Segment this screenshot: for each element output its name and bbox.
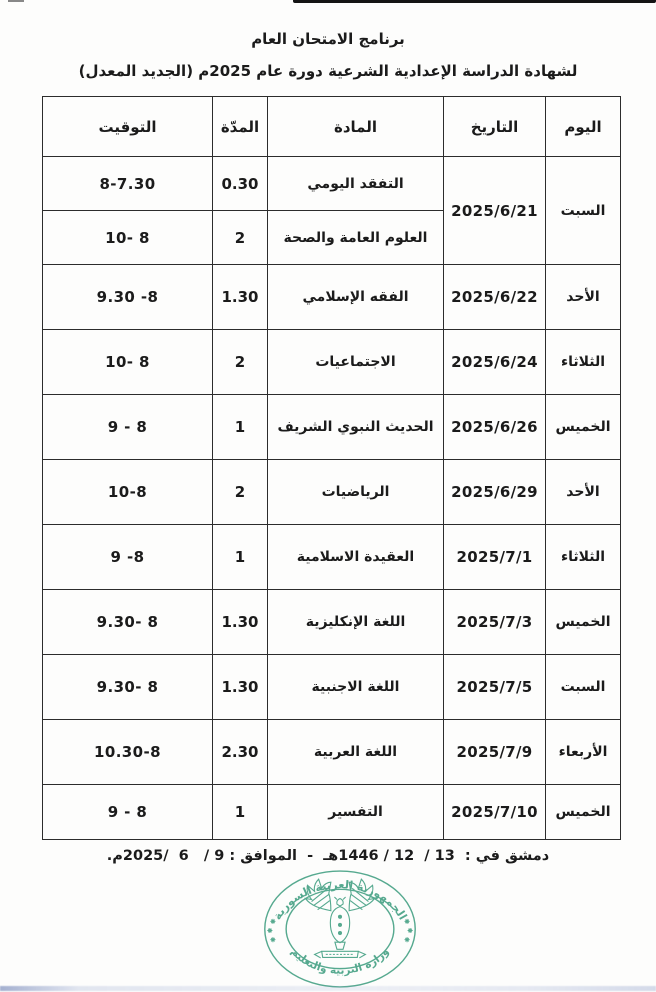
date-cell: 2025/6/26 bbox=[444, 395, 546, 460]
timing-cell: 9.30- 8 bbox=[43, 590, 213, 655]
day-cell: الخميس bbox=[546, 590, 621, 655]
date-cell: 2025/6/22 bbox=[444, 265, 546, 330]
table-row: الثلاثاء2025/7/1العقيدة الاسلامية19 -8 bbox=[43, 525, 621, 590]
day-cell: الأحد bbox=[546, 265, 621, 330]
day-cell: الأحد bbox=[546, 460, 621, 525]
timing-cell: 9.30 -8 bbox=[43, 265, 213, 330]
table-row: الخميس2025/6/26الحديث النبوي الشريف19 - … bbox=[43, 395, 621, 460]
date-cell: 2025/6/29 bbox=[444, 460, 546, 525]
table-header-row: اليوم التاريخ المادة المدّة التوقيت bbox=[43, 97, 621, 157]
timing-cell: 10-8 bbox=[43, 460, 213, 525]
scan-page-edge bbox=[0, 986, 656, 991]
duration-cell: 1.30 bbox=[213, 590, 268, 655]
day-cell: الخميس bbox=[546, 395, 621, 460]
scan-artifact-top-left bbox=[8, 0, 24, 2]
stamp-stars-right bbox=[405, 919, 413, 942]
table-row: الثلاثاء2025/6/24الاجتماعيات210- 8 bbox=[43, 330, 621, 395]
duration-cell: 2 bbox=[213, 330, 268, 395]
date-cell: 2025/6/24 bbox=[444, 330, 546, 395]
table-row: السبت2025/6/21التفقد اليومي0.308-7.30 bbox=[43, 157, 621, 211]
footer-date-line: دمشق في : 13 / 12 / 1446هـ - الموافق : 9… bbox=[0, 848, 656, 864]
subject-cell: الحديث النبوي الشريف bbox=[268, 395, 444, 460]
header-duration: المدّة bbox=[213, 97, 268, 157]
schedule-table-body: السبت2025/6/21التفقد اليومي0.308-7.30الع… bbox=[43, 157, 621, 840]
timing-cell: 9 - 8 bbox=[43, 395, 213, 460]
scan-artifact-top bbox=[293, 0, 656, 3]
timing-cell: 9 - 8 bbox=[43, 785, 213, 840]
duration-cell: 1 bbox=[213, 785, 268, 840]
duration-cell: 0.30 bbox=[213, 157, 268, 211]
date-cell: 2025/7/10 bbox=[444, 785, 546, 840]
subject-cell: العقيدة الاسلامية bbox=[268, 525, 444, 590]
date-cell: 2025/7/5 bbox=[444, 655, 546, 720]
timing-cell: 10- 8 bbox=[43, 211, 213, 265]
table-row: الخميس2025/7/3اللغة الإنكليزية1.309.30- … bbox=[43, 590, 621, 655]
stamp-stars-left bbox=[267, 919, 275, 942]
header-date: التاريخ bbox=[444, 97, 546, 157]
day-cell: السبت bbox=[546, 157, 621, 265]
subject-cell: الاجتماعيات bbox=[268, 330, 444, 395]
day-cell: السبت bbox=[546, 655, 621, 720]
table-row: الأربعاء2025/7/9اللغة العربية2.3010.30-8 bbox=[43, 720, 621, 785]
timing-cell: 9.30- 8 bbox=[43, 655, 213, 720]
duration-cell: 2 bbox=[213, 211, 268, 265]
day-cell: الأربعاء bbox=[546, 720, 621, 785]
day-cell: الثلاثاء bbox=[546, 330, 621, 395]
subject-cell: اللغة الاجنبية bbox=[268, 655, 444, 720]
document-title: برنامج الامتحان العام bbox=[0, 30, 656, 48]
duration-cell: 1 bbox=[213, 395, 268, 460]
schedule-table: اليوم التاريخ المادة المدّة التوقيت السب… bbox=[42, 96, 621, 840]
date-cell: 2025/6/21 bbox=[444, 157, 546, 265]
header-day: اليوم bbox=[546, 97, 621, 157]
table-row: الأحد2025/6/22الفقه الإسلامي1.309.30 -8 bbox=[43, 265, 621, 330]
duration-cell: 2 bbox=[213, 460, 268, 525]
date-cell: 2025/7/9 bbox=[444, 720, 546, 785]
subject-cell: العلوم العامة والصحة bbox=[268, 211, 444, 265]
subject-cell: الرياضيات bbox=[268, 460, 444, 525]
timing-cell: 9 -8 bbox=[43, 525, 213, 590]
header-subject: المادة bbox=[268, 97, 444, 157]
subject-cell: اللغة العربية bbox=[268, 720, 444, 785]
subject-cell: التفسير bbox=[268, 785, 444, 840]
day-cell: الثلاثاء bbox=[546, 525, 621, 590]
table-row: السبت2025/7/5اللغة الاجنبية1.309.30- 8 bbox=[43, 655, 621, 720]
duration-cell: 2.30 bbox=[213, 720, 268, 785]
subject-cell: التفقد اليومي bbox=[268, 157, 444, 211]
day-cell: الخميس bbox=[546, 785, 621, 840]
document-subtitle: لشهادة الدراسة الإعدادية الشرعية دورة عا… bbox=[0, 62, 656, 80]
timing-cell: 8-7.30 bbox=[43, 157, 213, 211]
duration-cell: 1 bbox=[213, 525, 268, 590]
duration-cell: 1.30 bbox=[213, 655, 268, 720]
table-row: الخميس2025/7/10التفسير19 - 8 bbox=[43, 785, 621, 840]
date-cell: 2025/7/1 bbox=[444, 525, 546, 590]
subject-cell: الفقه الإسلامي bbox=[268, 265, 444, 330]
ministry-stamp: الجمهورية العربية السورية وزارة التربية … bbox=[260, 868, 420, 992]
duration-cell: 1.30 bbox=[213, 265, 268, 330]
table-row: الأحد2025/6/29الرياضيات210-8 bbox=[43, 460, 621, 525]
header-timing: التوقيت bbox=[43, 97, 213, 157]
subject-cell: اللغة الإنكليزية bbox=[268, 590, 444, 655]
timing-cell: 10- 8 bbox=[43, 330, 213, 395]
timing-cell: 10.30-8 bbox=[43, 720, 213, 785]
date-cell: 2025/7/3 bbox=[444, 590, 546, 655]
